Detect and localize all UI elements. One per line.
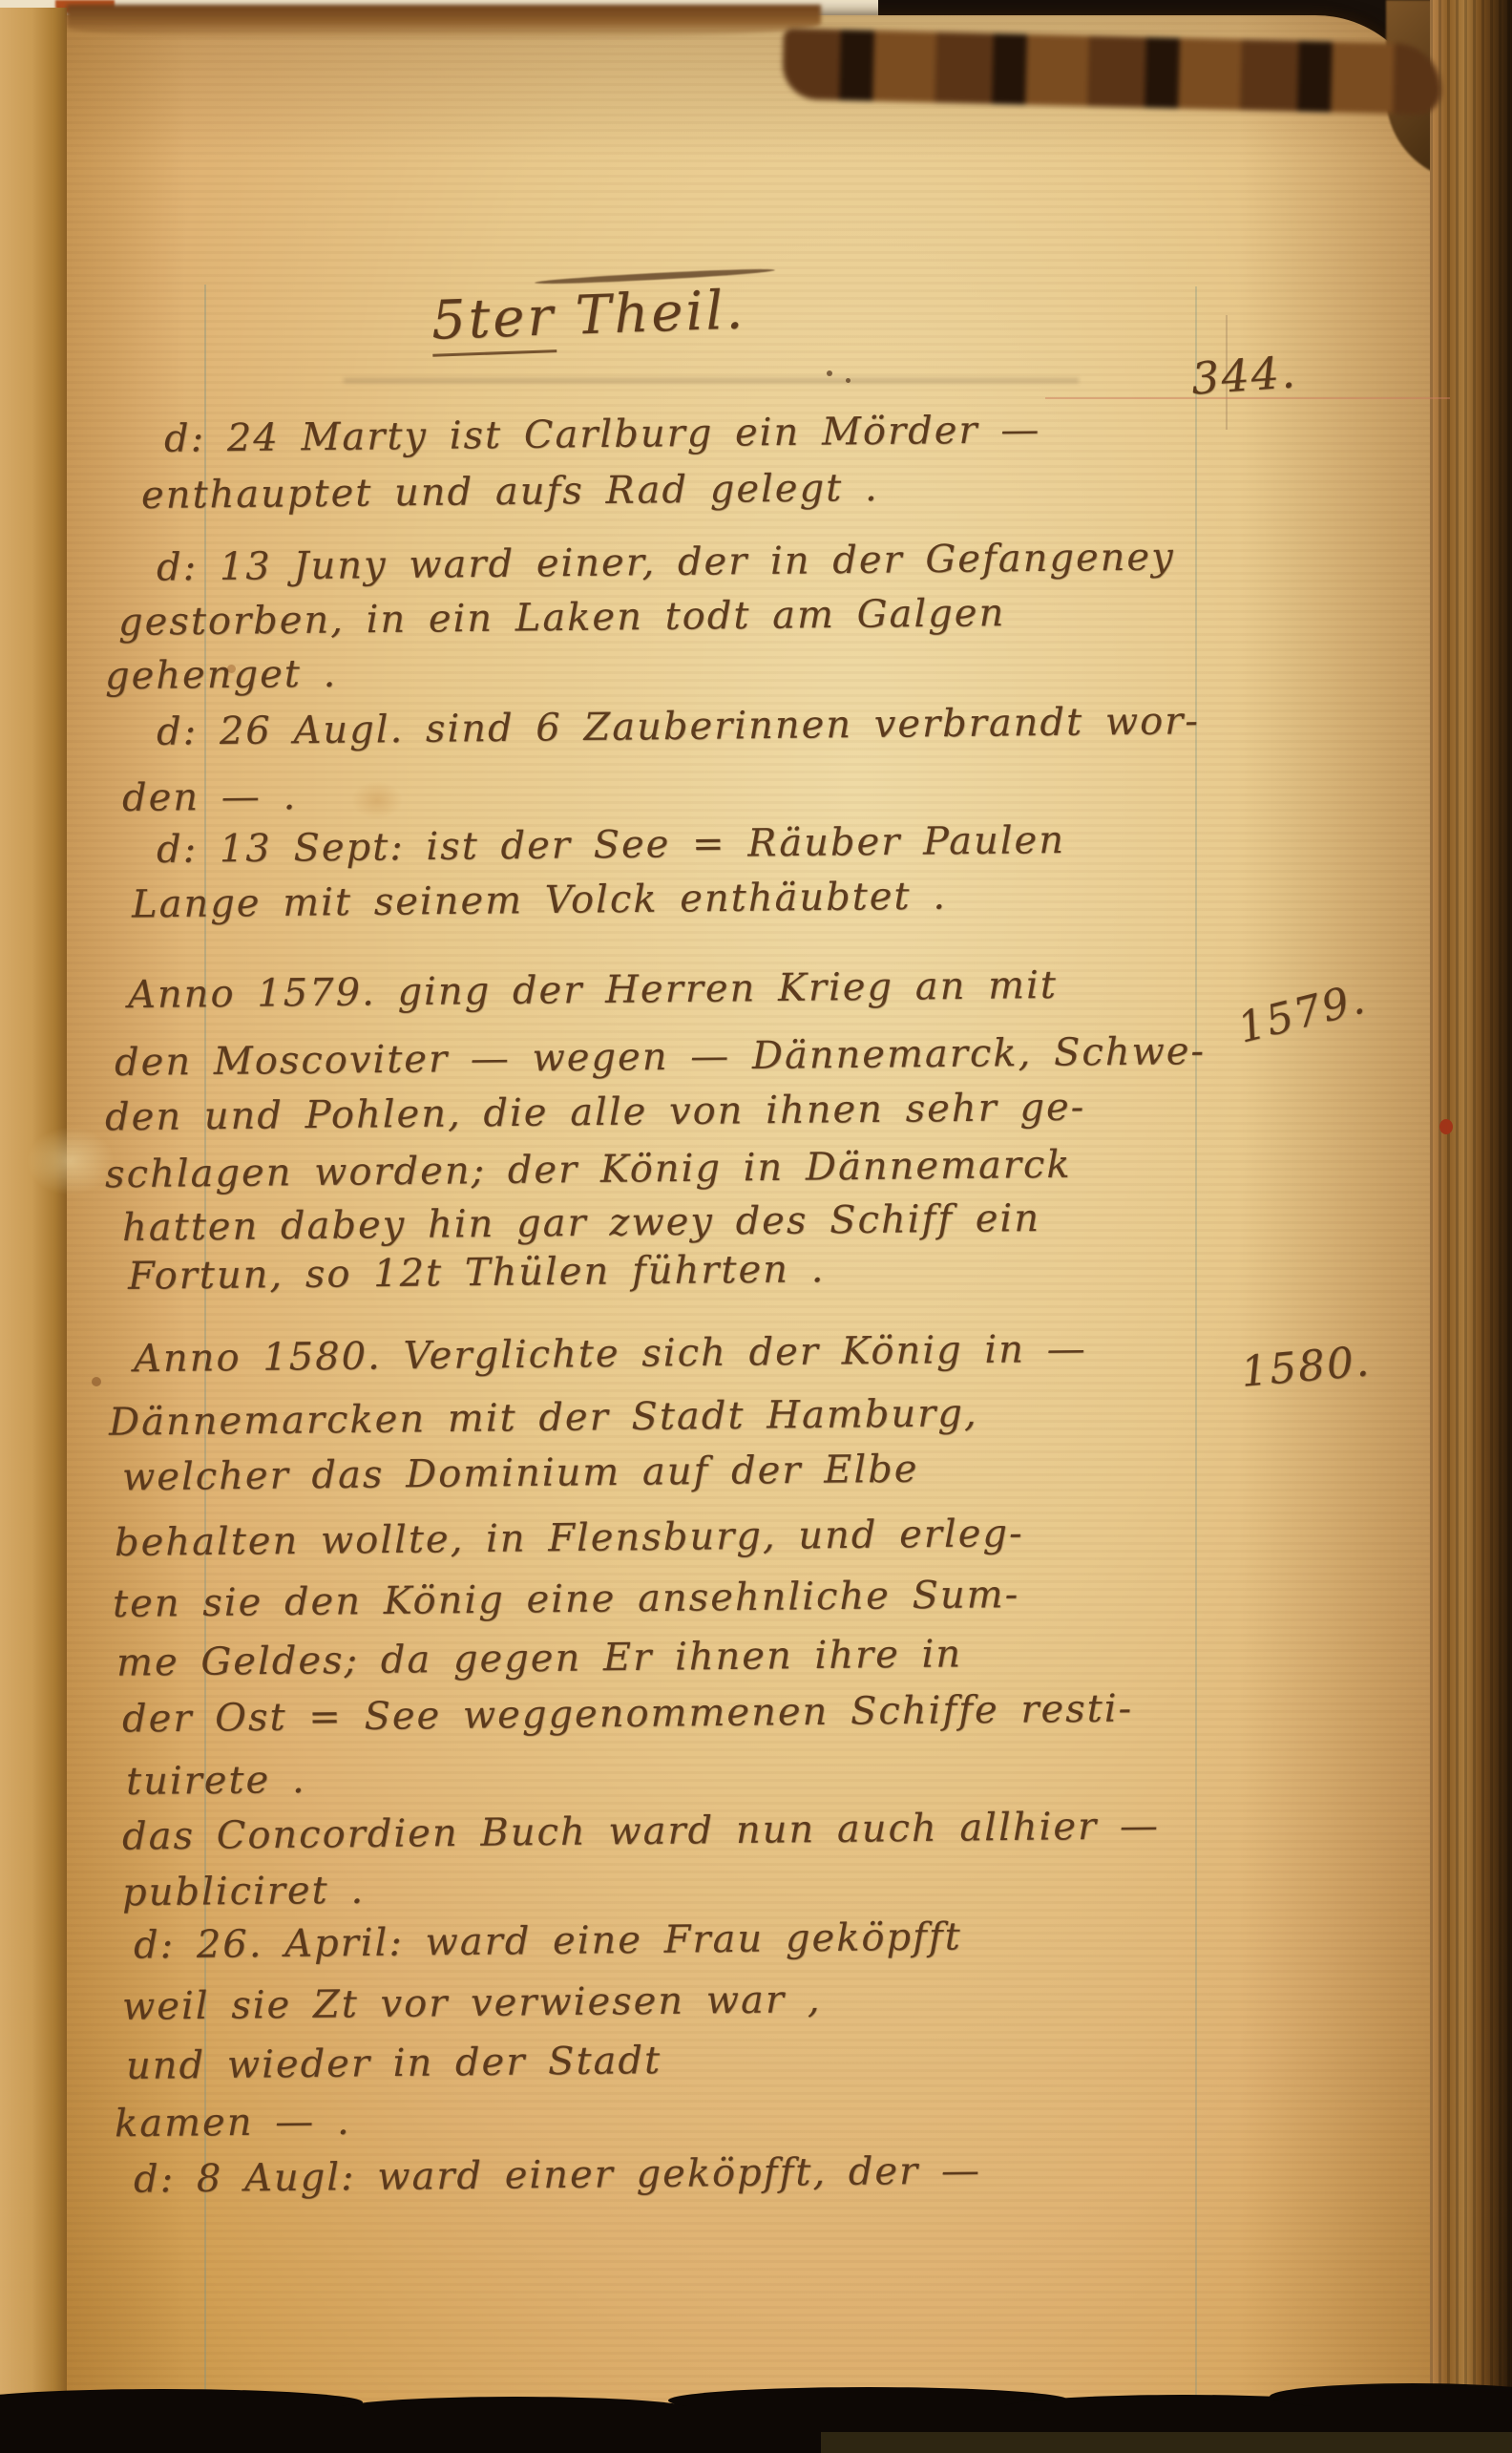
manuscript-line: gehenget . — [105, 652, 338, 699]
manuscript-line: Anno 1580. Verglichte sich der König in … — [134, 1327, 1087, 1381]
manuscript-line: me Geldes; da gegen Er ihnen ihre in — [116, 1632, 962, 1684]
manuscript-line: d: 26. April: ward eine Frau geköpfft — [134, 1914, 962, 1967]
manuscript-line: behalten wollte, in Flensburg, und erleg… — [115, 1512, 1024, 1565]
manuscript-line: ten sie den König eine ansehnliche Sum- — [113, 1573, 1020, 1626]
manuscript-line: das Concordien Buch ward nun auch allhie… — [122, 1804, 1160, 1858]
bottom-band-olive-tint — [821, 2432, 1512, 2453]
manuscript-line: d: 13 Sept: ist der See = Räuber Paulen — [157, 818, 1065, 872]
manuscript-line: den — . — [122, 774, 298, 820]
document-scan: 5ter Theil. 344. 1579. 1580. d: 24 Marty… — [0, 0, 1512, 2453]
manuscript-line: welcher das Dominium auf der Elbe — [122, 1448, 919, 1500]
manuscript-line: d: 8 Augl: ward einer geköpfft, der — — [134, 2148, 981, 2201]
manuscript-line: d: 26 Augl. sind 6 Zauberinnen verbrandt… — [157, 699, 1200, 753]
manuscript-line: und wieder in der Stadt — [126, 2039, 661, 2088]
manuscript-line: Anno 1579. ging der Herren Krieg an mit — [128, 963, 1058, 1017]
manuscript-line: schlagen worden; der König in Dännemarck — [105, 1143, 1072, 1197]
manuscript-line: d: 13 Juny ward einer, der in der Gefang… — [157, 535, 1175, 589]
manuscript-line: den Moscoviter — wegen — Dännemarck, Sch… — [115, 1029, 1206, 1085]
manuscript-line: tuirete . — [126, 1758, 306, 1804]
manuscript-line: Fortun, so 12t Thülen führten . — [128, 1247, 826, 1299]
manuscript-line: Lange mit seinem Volck enthäubtet . — [132, 875, 947, 927]
manuscript-line: der Ost = See weggenommenen Schiffe rest… — [122, 1686, 1133, 1741]
manuscript-line: enthauptet und aufs Rad gelegt . — [141, 466, 879, 518]
manuscript-line: Dännemarcken mit der Stadt Hamburg, — [109, 1391, 978, 1445]
manuscript-line: d: 24 Marty ist Carlburg ein Mörder — — [164, 408, 1041, 461]
manuscript-line: publiciret . — [122, 1869, 366, 1915]
manuscript-line: gestorben, in ein Laken todt am Galgen — [118, 591, 1006, 645]
manuscript-line: hatten dabey hin gar zwey des Schiff ein — [122, 1196, 1040, 1250]
manuscript-line: den und Pohlen, die alle von ihnen sehr … — [105, 1086, 1086, 1140]
manuscript-line: kamen — . — [115, 2100, 351, 2146]
handwriting-layer: d: 24 Marty ist Carlburg ein Mörder —ent… — [0, 0, 1512, 2453]
manuscript-line: weil sie Zt vor verwiesen war , — [122, 1977, 822, 2029]
